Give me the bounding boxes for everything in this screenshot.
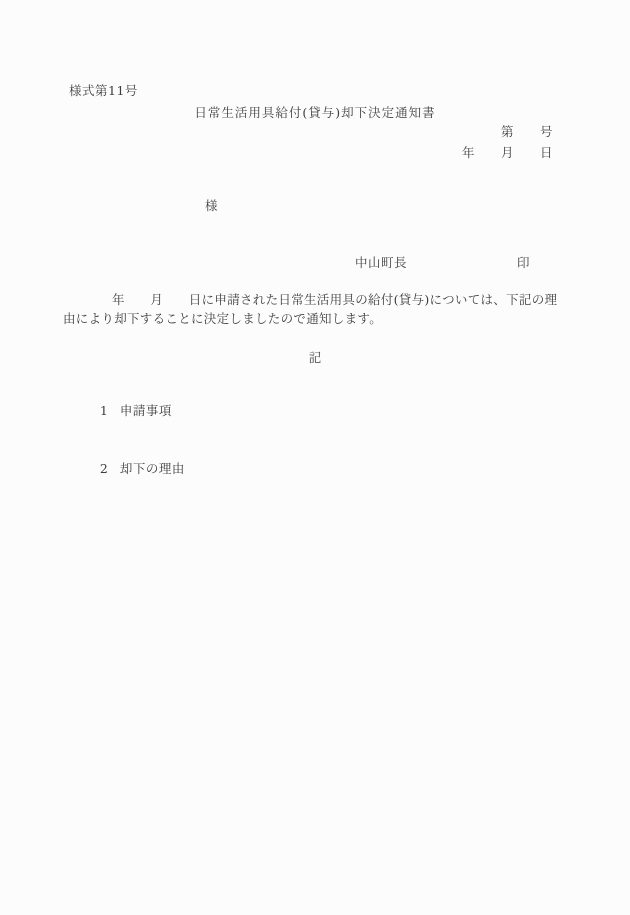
list-item-application-matters: 1申請事項: [84, 386, 172, 434]
document-page: 様式第11号 日常生活用具給付(貸与)却下決定通知書 第 号 年 月 日 様 中…: [0, 0, 630, 915]
body-paragraph: 年 月 日に申請された日常生活用具の給付(貸与)については、下記の理由により却下…: [63, 291, 569, 328]
issuer-name: 中山町長: [355, 253, 407, 271]
seal-mark: 印: [517, 253, 530, 271]
item-number: 2: [100, 461, 108, 476]
item-label: 申請事項: [120, 403, 172, 418]
document-title: 日常生活用具給付(貸与)却下決定通知書: [0, 103, 630, 121]
item-number: 1: [100, 403, 108, 418]
list-item-rejection-reason: 2却下の理由: [84, 444, 185, 492]
addressee-honorific: 様: [205, 196, 218, 214]
issue-date-blank: 年 月 日: [462, 143, 553, 161]
item-label: 却下の理由: [120, 461, 185, 476]
section-marker-ki: 記: [0, 348, 630, 366]
document-number-blank: 第 号: [501, 122, 553, 140]
form-number: 様式第11号: [69, 81, 138, 99]
